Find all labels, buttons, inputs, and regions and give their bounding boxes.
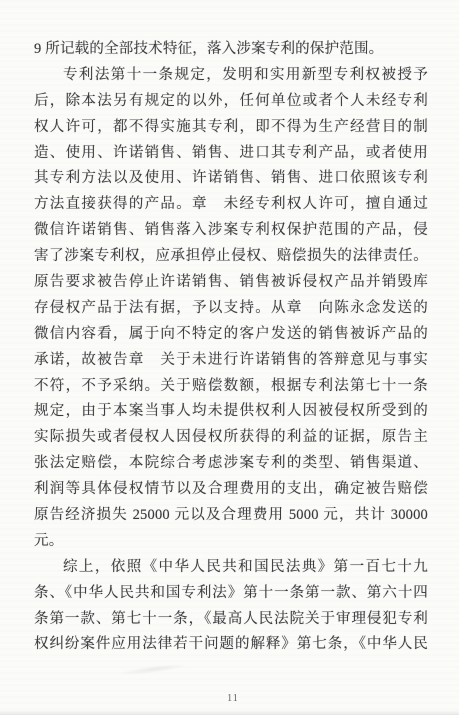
text-line: 承诺，故被告章 关于未进行许诺销售的答辩意见与事实	[34, 348, 428, 374]
text-line: 害了涉案专利权，应承担停止侵权、赔偿损失的法律责任。	[34, 244, 428, 270]
text-line: 专利法第十一条规定，发明和实用新型专利权被授予	[34, 63, 428, 89]
text-line: 方法直接获得的产品。章 未经专利权人许可，擅自通过	[34, 192, 428, 218]
text-line: 原告要求被告停止许诺销售、销售被诉侵权产品并销毁库	[34, 270, 428, 296]
text-line: 条、《中华人民共和国专利法》第十一条第一款、第六十四	[34, 581, 428, 607]
text-line: 权纠纷案件应用法律若干问题的解释》第七条，《中华人民	[34, 632, 428, 658]
text-line: 规定，由于本案当事人均未提供权利人因被侵权所受到的	[34, 399, 428, 425]
judgment-text-block: 9 所记载的全部技术特征，落入涉案专利的保护范围。 专利法第十一条规定，发明和实…	[34, 37, 428, 658]
text-line: 利润等具体侵权情节以及合理费用的支出，确定被告赔偿	[34, 477, 428, 503]
page-number: 11	[0, 693, 459, 704]
text-line: 造、使用、许诺销售、销售、进口其专利产品，或者使用	[34, 141, 428, 167]
text-line: 其专利方法以及使用、许诺销售、销售、进口依照该专利	[34, 166, 428, 192]
text-line: 元。	[34, 529, 428, 555]
scan-smudge-artifact	[118, 662, 188, 677]
text-line: 实际损失或者侵权人因侵权所获得的利益的证据，原告主	[34, 425, 428, 451]
text-line: 不符，不予采纳。关于赔偿数额，根据专利法第七十一条	[34, 374, 428, 400]
text-line: 综上，依照《中华人民共和国民法典》第一百七十九	[34, 555, 428, 581]
document-page: 9 所记载的全部技术特征，落入涉案专利的保护范围。 专利法第十一条规定，发明和实…	[0, 0, 459, 715]
text-line: 原告经济损失 25000 元以及合理费用 5000 元，共计 30000	[34, 503, 428, 529]
text-line: 9 所记载的全部技术特征，落入涉案专利的保护范围。	[34, 37, 428, 63]
text-line: 微信内容看，属于向不特定的客户发送的销售被诉产品的	[34, 322, 428, 348]
text-line: 权人许可，都不得实施其专利，即不得为生产经营目的制	[34, 115, 428, 141]
text-line: 微信许诺销售、销售落入涉案专利权保护范围的产品，侵	[34, 218, 428, 244]
text-line: 存侵权产品于法有据，予以支持。从章 向陈永念发送的	[34, 296, 428, 322]
text-line: 后，除本法另有规定的以外，任何单位或者个人未经专利	[34, 89, 428, 115]
text-line: 张法定赔偿，本院综合考虑涉案专利的类型、销售渠道、	[34, 451, 428, 477]
text-line: 条第一款、第七十一条，《最高人民法院关于审理侵犯专利	[34, 607, 428, 633]
